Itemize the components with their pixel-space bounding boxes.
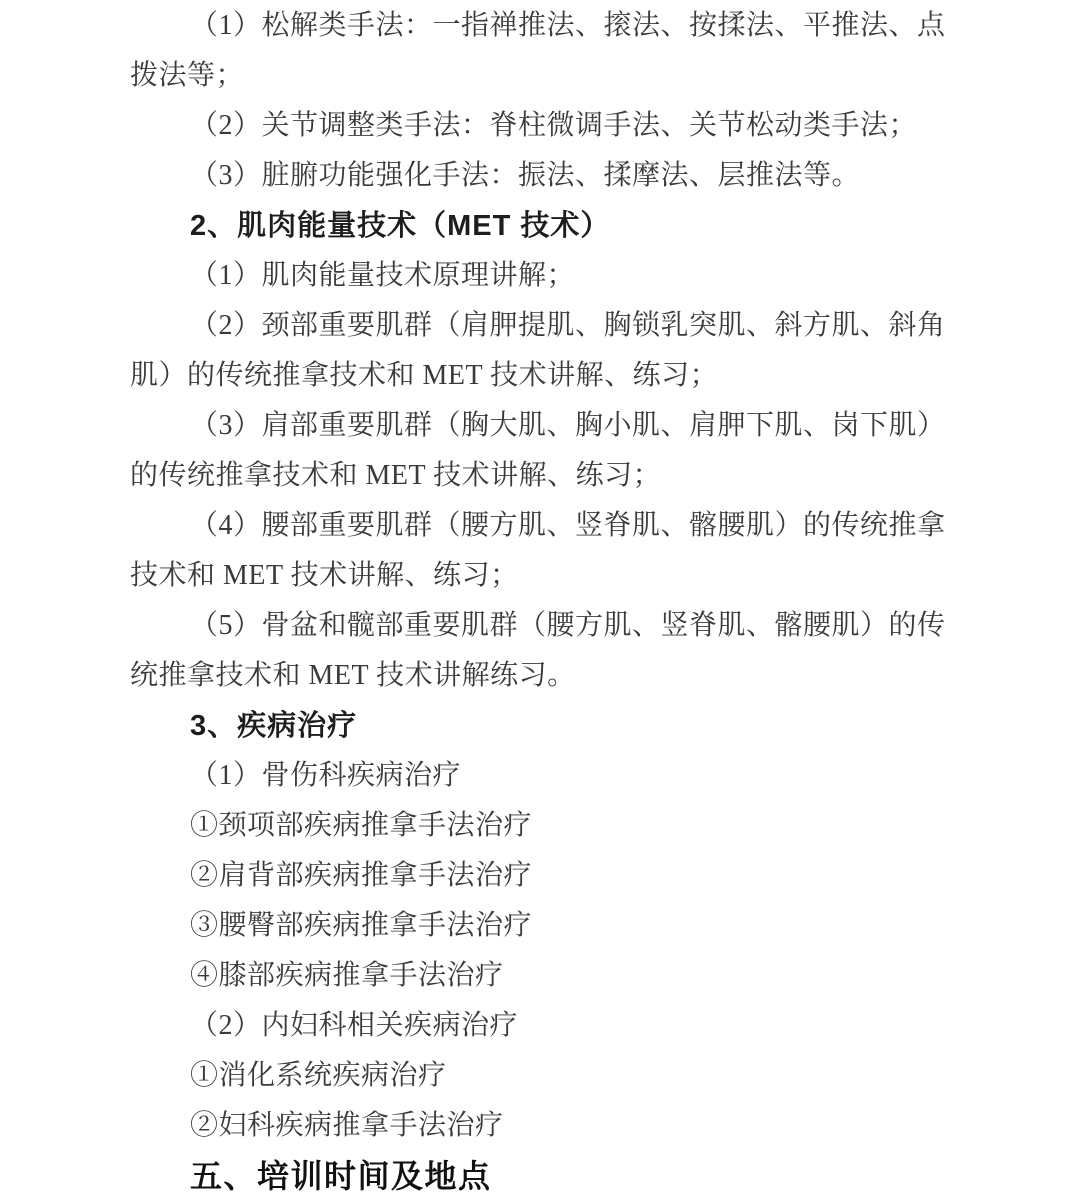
- document-body: （1）松解类手法：一指禅推法、㨰法、按揉法、平推法、点拨法等；（2）关节调整类手…: [0, 0, 1080, 1196]
- document-line: （1）骨伤科疾病治疗: [130, 751, 952, 801]
- document-line: ③腰臀部疾病推拿手法治疗: [130, 901, 952, 951]
- document-line: （2）内妇科相关疾病治疗: [130, 1001, 952, 1051]
- document-line: 拨法等；: [130, 51, 952, 101]
- document-line: ④膝部疾病推拿手法治疗: [130, 951, 952, 1001]
- document-line: ①颈项部疾病推拿手法治疗: [130, 801, 952, 851]
- document-line: （1）肌肉能量技术原理讲解；: [130, 251, 952, 301]
- document-line: 技术和 MET 技术讲解、练习；: [130, 551, 952, 601]
- document-line: （3）脏腑功能强化手法：振法、揉摩法、层推法等。: [130, 151, 952, 201]
- document-page: （1）松解类手法：一指禅推法、㨰法、按揉法、平推法、点拨法等；（2）关节调整类手…: [0, 0, 1080, 1196]
- document-line: （4）腰部重要肌群（腰方肌、竖脊肌、髂腰肌）的传统推拿: [130, 501, 952, 551]
- section-heading: 3、疾病治疗: [130, 701, 952, 751]
- document-line: ①消化系统疾病治疗: [130, 1051, 952, 1101]
- document-line: （1）松解类手法：一指禅推法、㨰法、按揉法、平推法、点: [130, 1, 952, 51]
- document-line: （5）骨盆和髋部重要肌群（腰方肌、竖脊肌、髂腰肌）的传: [130, 601, 952, 651]
- section-heading: 2、肌肉能量技术（MET 技术）: [130, 201, 952, 251]
- section-heading: 五、培训时间及地点: [130, 1151, 952, 1196]
- document-line: （2）颈部重要肌群（肩胛提肌、胸锁乳突肌、斜方肌、斜角: [130, 301, 952, 351]
- document-line: （3）肩部重要肌群（胸大肌、胸小肌、肩胛下肌、岗下肌）: [130, 401, 952, 451]
- document-line: （2）关节调整类手法：脊柱微调手法、关节松动类手法；: [130, 101, 952, 151]
- document-line: 的传统推拿技术和 MET 技术讲解、练习；: [130, 451, 952, 501]
- document-line: ②妇科疾病推拿手法治疗: [130, 1101, 952, 1151]
- document-line: 肌）的传统推拿技术和 MET 技术讲解、练习；: [130, 351, 952, 401]
- document-line: 统推拿技术和 MET 技术讲解练习。: [130, 651, 952, 701]
- document-line: ②肩背部疾病推拿手法治疗: [130, 851, 952, 901]
